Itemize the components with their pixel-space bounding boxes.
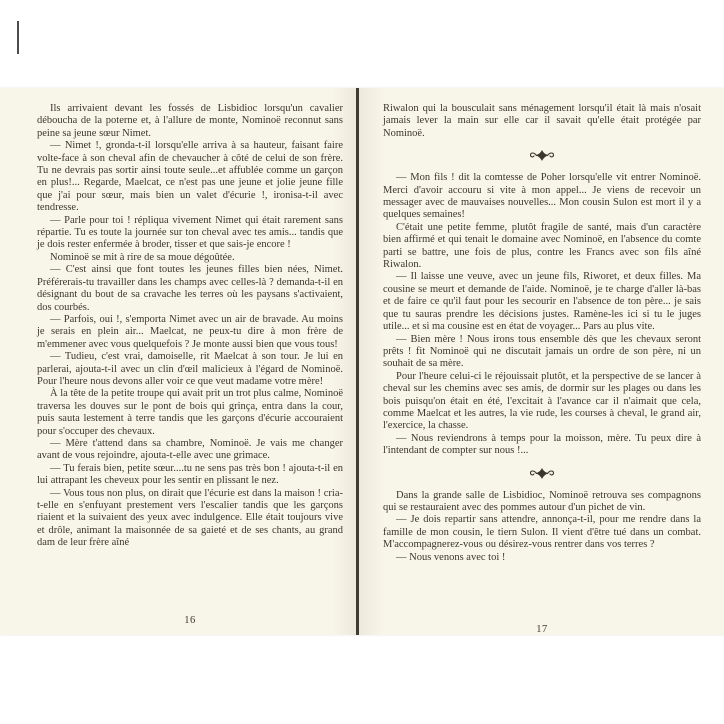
paragraph: Riwalon qui la bousculait sans ménagemen… — [383, 103, 701, 140]
paragraph: — Tudieu, c'est vrai, damoiselle, rit Ma… — [37, 351, 343, 388]
paragraph: — Nous venons avec toi ! — [383, 552, 701, 564]
fleuron-icon — [529, 467, 555, 480]
gutter-shadow-right — [359, 88, 384, 635]
book-gutter — [356, 88, 359, 635]
paragraph: — Je dois repartir sans attendre, annonç… — [383, 514, 701, 551]
paragraph: Nominoë se mit à rire de sa moue dégoûté… — [37, 252, 343, 264]
paragraph: Ils arrivaient devant les fossés de Lisb… — [37, 103, 343, 140]
right-page: Riwalon qui la bousculait sans ménagemen… — [383, 103, 701, 564]
paragraph: C'était une petite femme, plutôt fragile… — [383, 222, 701, 272]
book-spread: Ils arrivaient devant les fossés de Lisb… — [0, 88, 724, 635]
paragraph: Pour l'heure celui-ci le réjouissait plu… — [383, 371, 701, 433]
page-number-left: 16 — [37, 615, 343, 626]
paragraph: — Parle pour toi ! répliqua vivement Nim… — [37, 215, 343, 252]
paragraph: Dans la grande salle de Lisbidioc, Nomin… — [383, 490, 701, 515]
paragraph: À la tête de la petite troupe qui avait … — [37, 388, 343, 438]
paragraph: — Vous tous non plus, on dirait que l'éc… — [37, 488, 343, 550]
paragraph: — C'est ainsi que font toutes les jeunes… — [37, 264, 343, 314]
paragraph: — Nous reviendrons à temps pour la moiss… — [383, 433, 701, 458]
paragraph: — Nimet !, gronda-t-il lorsqu'elle arriv… — [37, 140, 343, 214]
paragraph: — Bien mère ! Nous irons tous ensemble d… — [383, 334, 701, 371]
fleuron-icon — [529, 149, 555, 162]
paragraph: — Mon fils ! dit la comtesse de Poher lo… — [383, 172, 701, 222]
page-number-right: 17 — [383, 624, 701, 635]
fleuron-ornament — [383, 467, 701, 481]
book-photo: Ils arrivaient devant les fossés de Lisb… — [0, 0, 724, 724]
paragraph: — Mère t'attend dans sa chambre, Nominoë… — [37, 438, 343, 463]
photo-artifact-line — [17, 21, 19, 54]
fleuron-ornament — [383, 149, 701, 163]
paragraph: — Il laisse une veuve, avec un jeune fil… — [383, 271, 701, 333]
paragraph: — Tu ferais bien, petite sœur....tu ne s… — [37, 463, 343, 488]
paragraph: — Parfois, oui !, s'emporta Nimet avec u… — [37, 314, 343, 351]
left-page: Ils arrivaient devant les fossés de Lisb… — [37, 103, 343, 550]
